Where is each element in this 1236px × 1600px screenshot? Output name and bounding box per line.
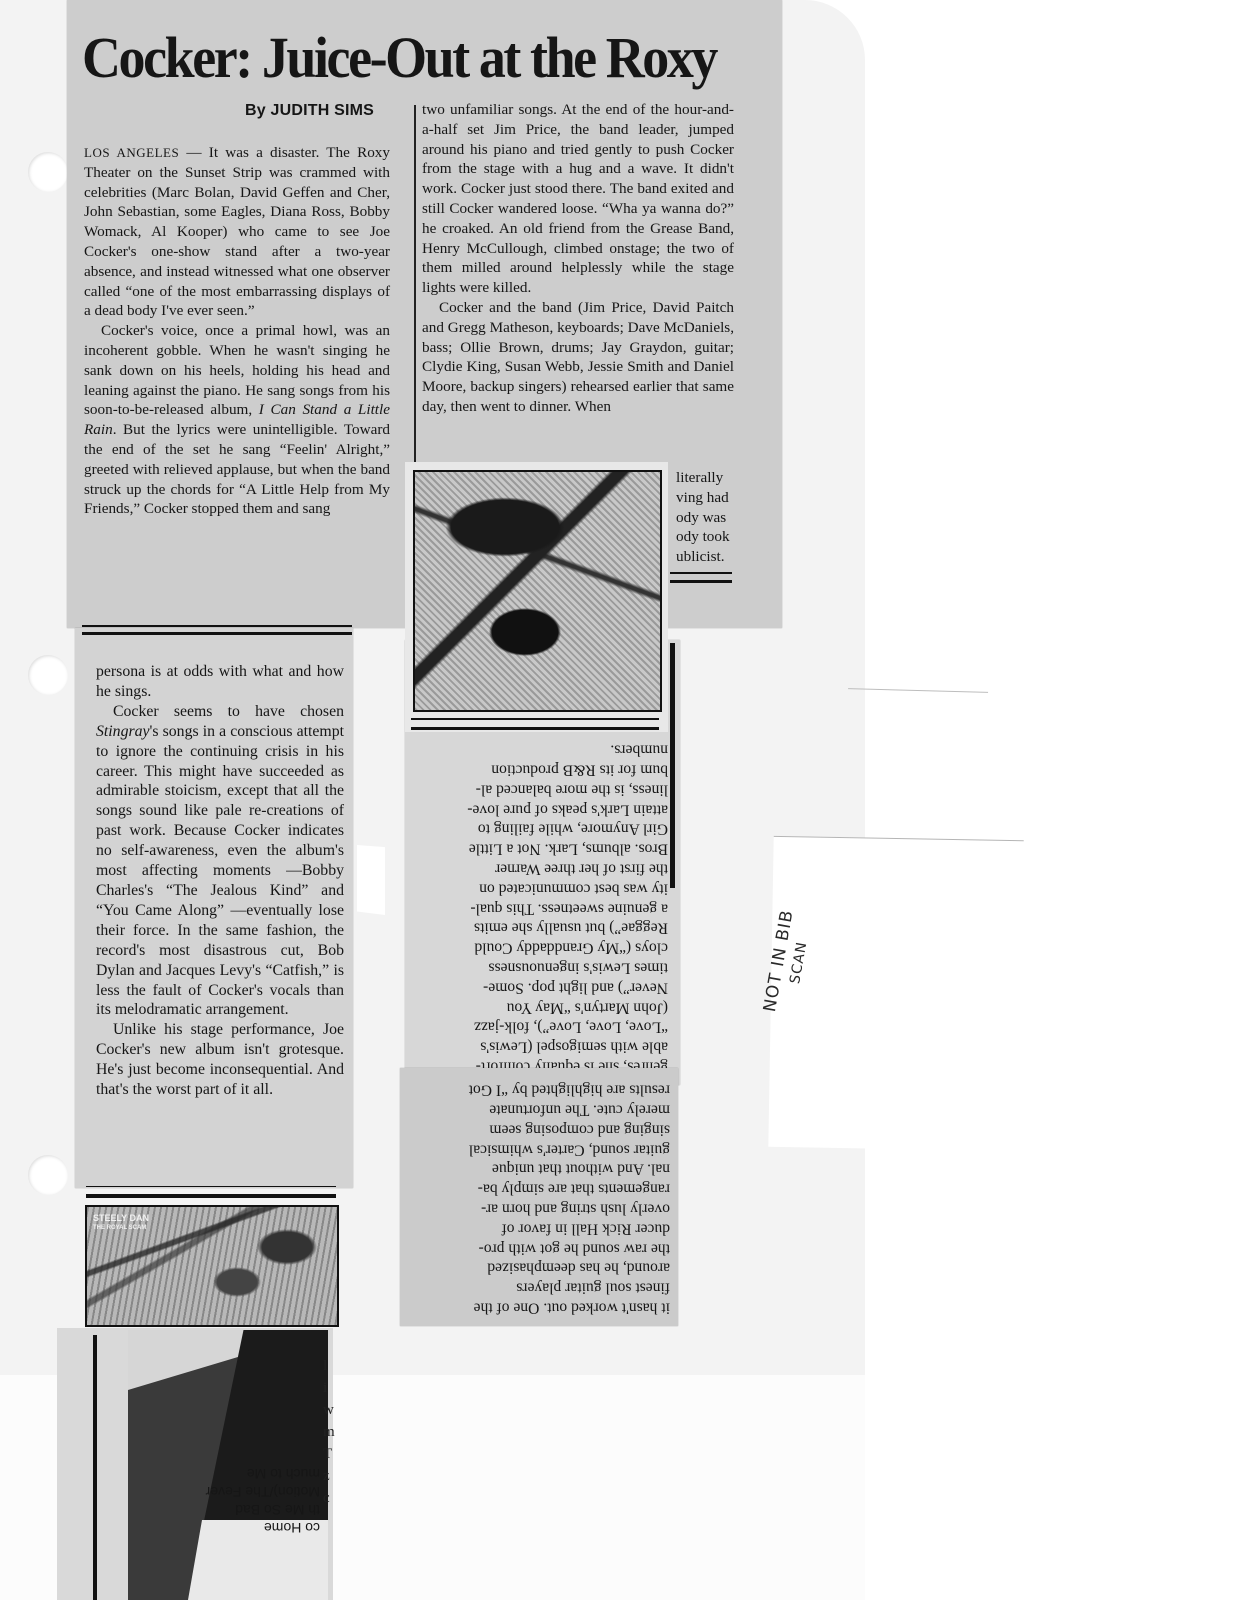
paper-edge	[848, 688, 988, 699]
text-line: bum for its R&B production	[410, 760, 668, 780]
letter: m	[323, 1421, 337, 1443]
end-rule	[670, 572, 732, 583]
text-line: overly lush string and horn ar-	[412, 1199, 670, 1219]
letter: l	[323, 1355, 337, 1377]
letter: i	[323, 1377, 337, 1399]
album-name: THE ROYAL SCAM	[93, 1223, 149, 1233]
punch-hole	[28, 152, 68, 192]
text-line: attain Lark's peaks of pure love-	[410, 799, 668, 819]
text-line: rangements that are simply ba-	[412, 1179, 670, 1199]
paragraph: Unlike his stage performance, Joe Cocker…	[96, 1020, 344, 1100]
paragraph: — It was a disaster. The Roxy Theater on…	[84, 144, 390, 319]
paragraph: . But the lyrics were unintelligible. To…	[84, 421, 390, 517]
text-line: singing and composing seem	[412, 1120, 670, 1140]
photo-rule	[411, 718, 659, 730]
album-cover-title: STEELY DAN THE ROYAL SCAM	[93, 1213, 149, 1233]
paragraph: persona is at odds with what and how he …	[96, 662, 344, 702]
article-headline: Cocker: Juice-Out at the Roxy	[82, 24, 716, 91]
vertical-rule	[93, 1335, 97, 1600]
text-line: guitar sound, Carter's whimsical	[412, 1139, 670, 1159]
text-fragment: ublicist.	[676, 547, 736, 567]
text-line: “Love, Love, Love”), folk-jazz	[410, 1017, 668, 1037]
text-line: cloys (“My Granddaddy Could	[410, 938, 668, 958]
letter: T	[323, 1443, 337, 1465]
paragraph: Cocker seems to have chosen	[113, 703, 344, 720]
text-line: it hasn't worked out. One of the	[412, 1298, 670, 1318]
paper-notch	[357, 845, 385, 915]
track-line: much to Me	[130, 1465, 320, 1483]
section-rule	[82, 625, 352, 635]
text-fragment: literally	[676, 468, 736, 488]
article-column-1: LOS ANGELES — It was a disaster. The Rox…	[84, 143, 390, 519]
paragraph: 's songs in a conscious attempt to ignor…	[96, 723, 344, 1019]
upside-down-text-1: genres; she is equally comfort- able wit…	[410, 740, 668, 1077]
text-line: Girl Anymore, while failing to	[410, 819, 668, 839]
article-column-2-fragments: literally ving had ody was ody took ubli…	[676, 468, 736, 567]
column-divider	[414, 105, 416, 475]
text-fragment: ody took	[676, 527, 736, 547]
track-line: co Home	[130, 1519, 320, 1537]
note-card	[768, 836, 1023, 1151]
letter: c	[323, 1487, 337, 1509]
upside-down-track-list: co Home th Me So Bad Motion)/The Fever m…	[130, 1465, 320, 1537]
text-line: a genuine sweetness. This qual-	[410, 898, 668, 918]
track-line: Motion)/The Fever	[130, 1483, 320, 1501]
letter: w	[323, 1399, 337, 1421]
paragraph: two unfamiliar songs. At the end of the …	[422, 100, 734, 298]
punch-hole	[28, 655, 68, 695]
text-line: ducer Rick Hall in favor of	[412, 1219, 670, 1239]
paragraph: Cocker and the band (Jim Price, David Pa…	[422, 298, 734, 417]
letter: z	[323, 1465, 337, 1487]
performer-photo	[405, 462, 668, 732]
text-line: Never”) and light pop. Some-	[410, 978, 668, 998]
text-fragment: ody was	[676, 508, 736, 528]
text-line: results are highlighted by “I Got	[412, 1080, 670, 1100]
text-fragment: ving had	[676, 488, 736, 508]
cut-off-text: l i w m T z c	[323, 1355, 337, 1509]
text-line: around, he has deemphasized	[412, 1258, 670, 1278]
text-line: ity was best communicated on	[410, 879, 668, 899]
album-artist: STEELY DAN	[93, 1213, 149, 1223]
text-line: numbers.	[410, 740, 668, 760]
album-title: Stingray	[96, 723, 150, 740]
track-line: th Me So Bad	[130, 1501, 320, 1519]
text-line: Reggae”) but usually she emits	[410, 918, 668, 938]
text-line: merely cute. The unfortunate	[412, 1100, 670, 1120]
text-line: Bros. albums, Lark. Not a Little	[410, 839, 668, 859]
text-line: the raw sound he got with pro-	[412, 1238, 670, 1258]
text-line: nal. And without that unique	[412, 1159, 670, 1179]
album-cover-image: STEELY DAN THE ROYAL SCAM	[85, 1205, 339, 1327]
review-column: persona is at odds with what and how he …	[96, 662, 344, 1100]
article-byline: By JUDITH SIMS	[245, 102, 374, 120]
text-line: able with semigospel (Lewis's	[410, 1037, 668, 1057]
text-line: (John Martyn's “May You	[410, 997, 668, 1017]
section-rule	[86, 1186, 336, 1198]
punch-hole	[28, 1155, 68, 1195]
text-line: finest soul guitar players	[412, 1278, 670, 1298]
upside-down-text-2: it hasn't worked out. One of the finest …	[412, 1080, 670, 1318]
article-column-2: two unfamiliar songs. At the end of the …	[422, 100, 734, 417]
vertical-rule	[670, 643, 675, 888]
photo-image	[413, 470, 662, 712]
dateline: LOS ANGELES	[84, 145, 179, 160]
text-line: the first of her three Warner	[410, 859, 668, 879]
text-line: liness, is the more balanced al-	[410, 780, 668, 800]
text-line: times Lewis's ingenuousness	[410, 958, 668, 978]
